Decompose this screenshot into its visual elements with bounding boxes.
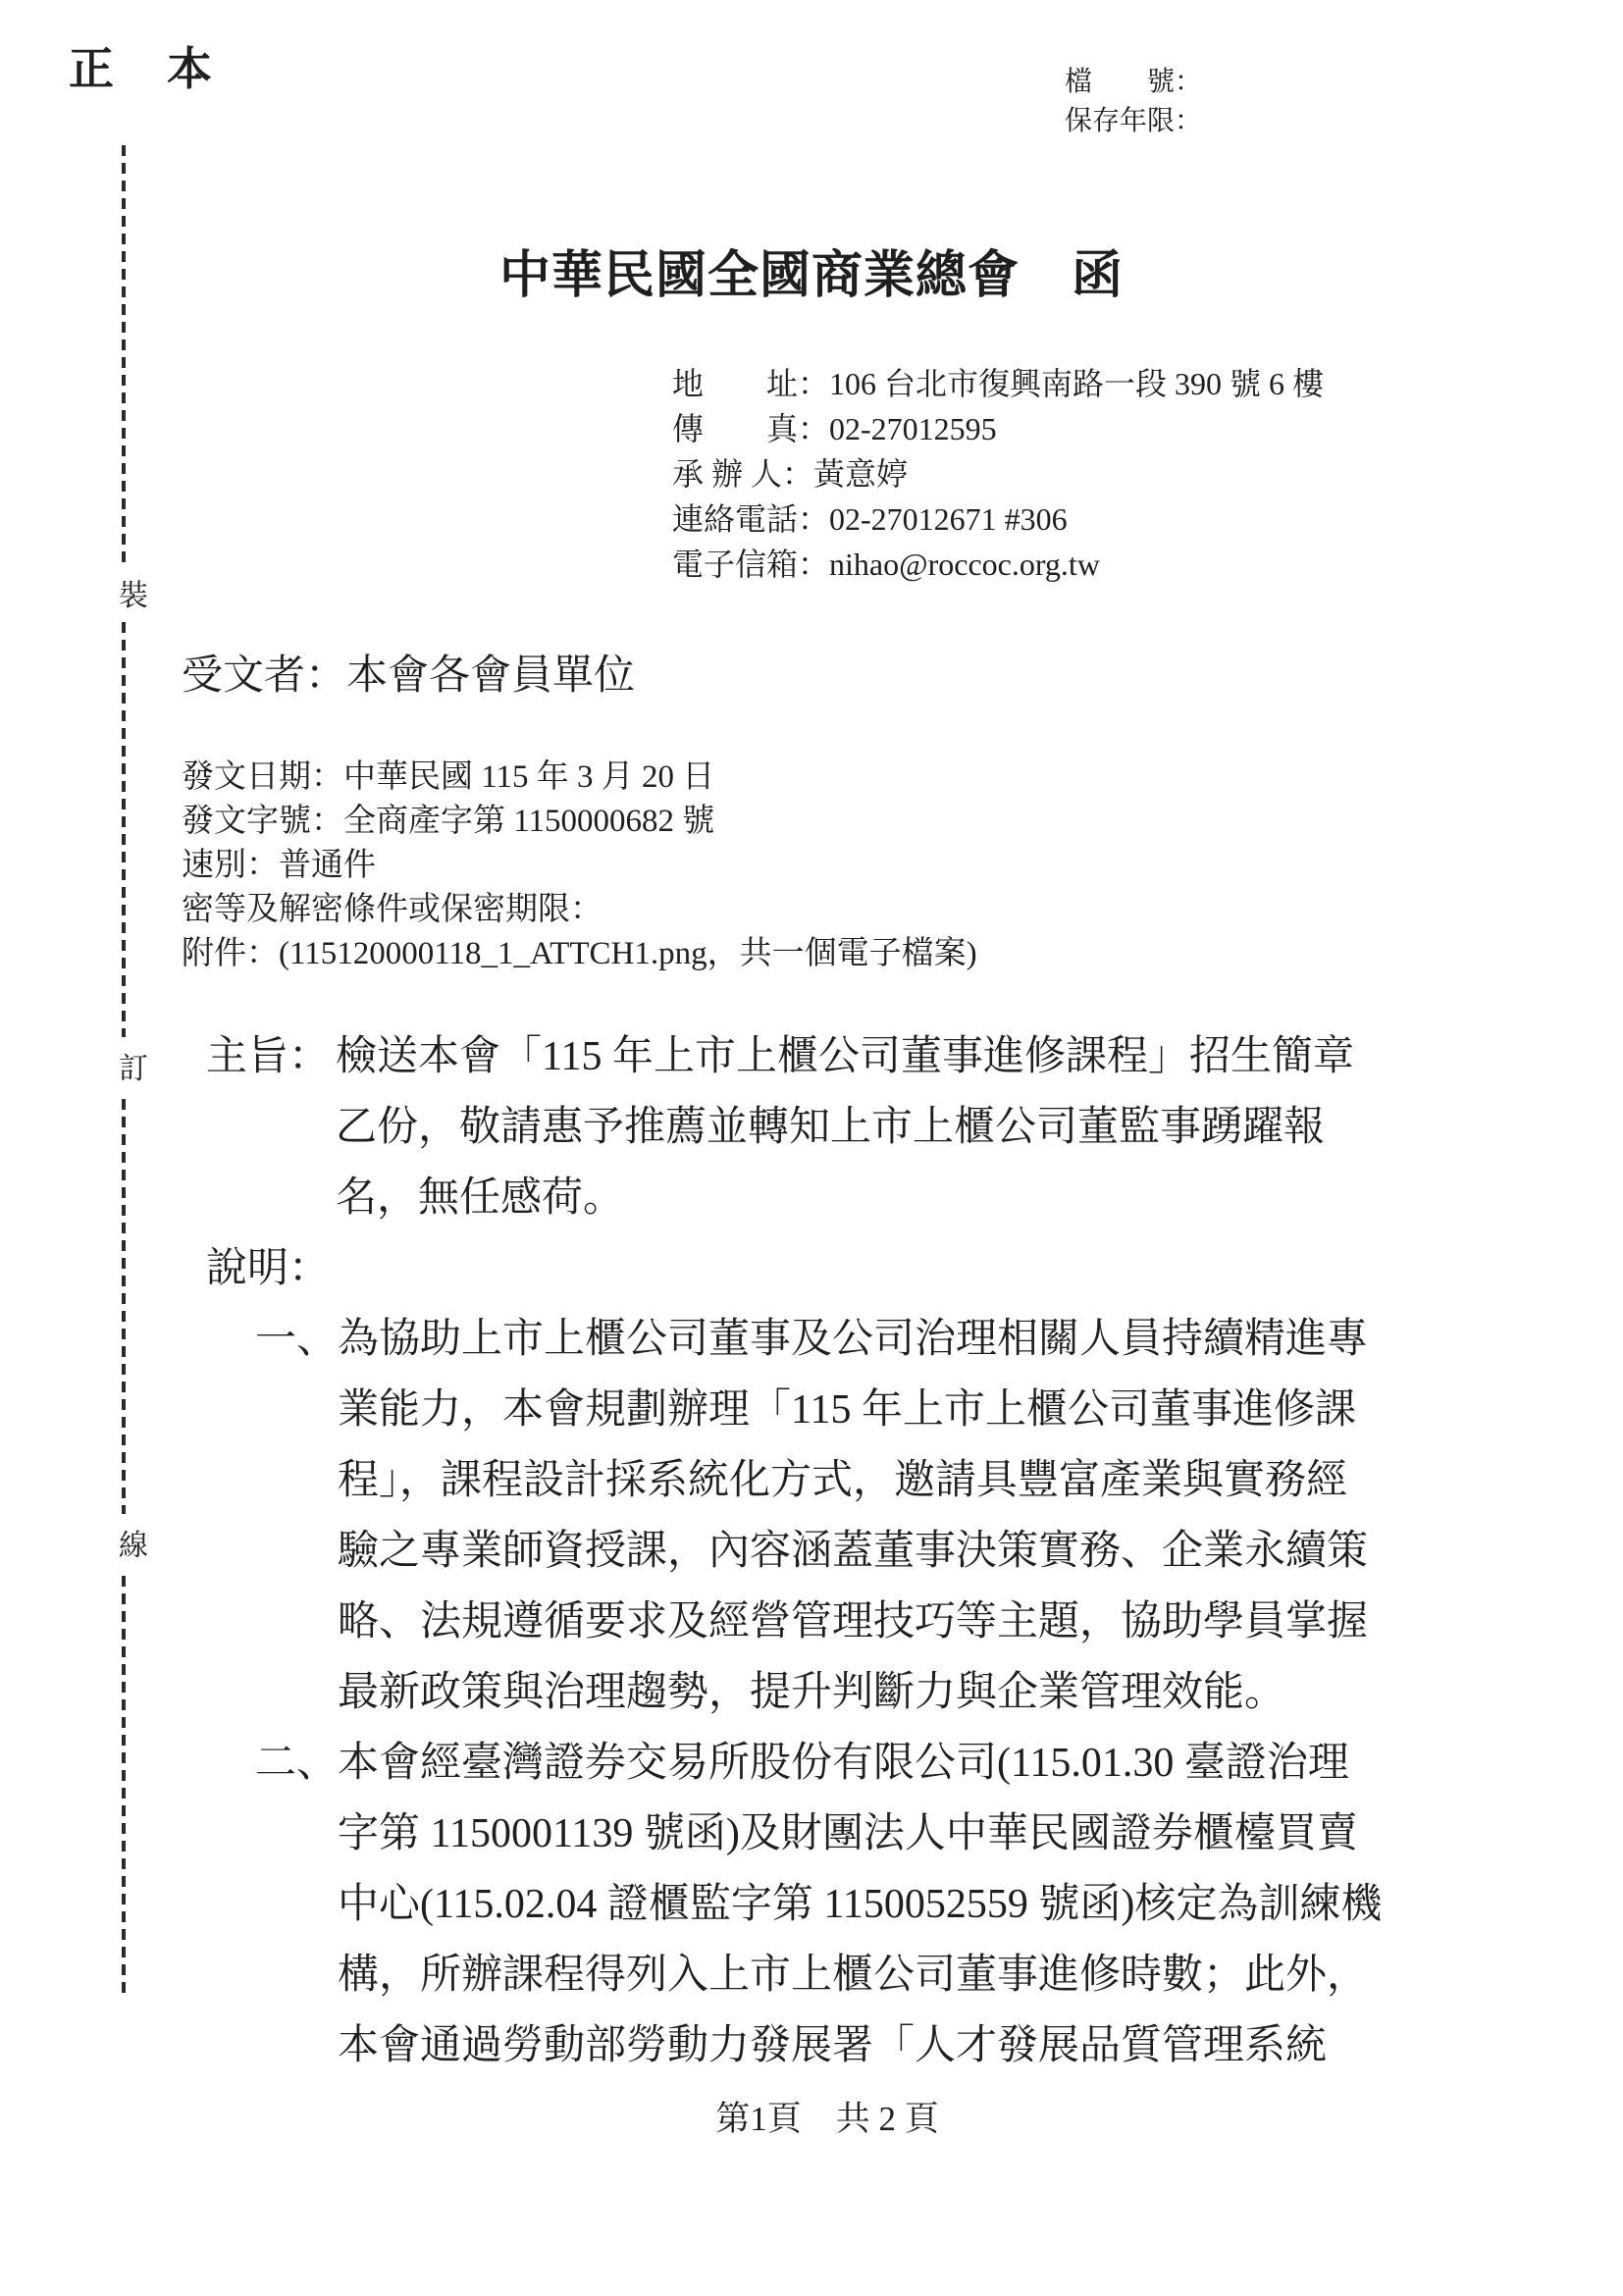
dispatch-metadata-block: 發文日期：中華民國 115 年 3 月 20 日 發文字號：全商產字第 1150… <box>182 756 977 976</box>
dispatch-date-row: 發文日期：中華民國 115 年 3 月 20 日 <box>182 756 977 800</box>
file-number-block: 檔 號： 保存年限： <box>1065 63 1202 141</box>
attachment-row: 附件：(115120000118_1_ATTCH1.png，共一個電子檔案) <box>182 932 977 976</box>
contact-person-value: 黃意婷 <box>813 456 908 492</box>
explanation-item-1-line-5: 略、法規遵循要求及經營管理技巧等主題，協助學員掌握 <box>206 1587 1382 1657</box>
explanation-item-2-line-1: 二、本會經臺灣證券交易所股份有限公司(115.01.30 臺證治理 <box>206 1728 1382 1799</box>
recipient-line: 受文者：本會各會員單位 <box>182 643 635 702</box>
official-letter-page: 正 本 檔 號： 保存年限： 中華民國全國商業總會 函 地 址：106 台北市復… <box>0 0 1623 2296</box>
file-number-label: 檔 號： <box>1065 63 1202 102</box>
email-label: 電子信箱： <box>672 542 829 587</box>
explanation-item-1-line-3: 程」，課程設計採系統化方式，邀請具豐富產業與實務經 <box>206 1445 1382 1516</box>
dispatch-number-row: 發文字號：全商產字第 1150000682 號 <box>182 800 977 844</box>
sender-phone-row: 連絡電話：02-27012671 #306 <box>672 496 1324 542</box>
page-number-footer: 第1頁 共 2 頁 <box>16 2092 1623 2141</box>
explanation-label: 說明： <box>206 1233 1382 1304</box>
speed-class-row: 速別：普通件 <box>182 844 977 888</box>
subject-line-1: 主旨：檢送本會「115 年上市上櫃公司董事進修課程」招生簡章 <box>206 1021 1382 1092</box>
address-value: 106 台北市復興南路一段 390 號 6 樓 <box>829 366 1324 401</box>
subject-line-3: 名，無任感荷。 <box>206 1163 1382 1233</box>
sender-contact-person-row: 承 辦 人：黃意婷 <box>672 451 1324 496</box>
fax-value: 02-27012595 <box>829 411 997 446</box>
copy-type-stamp: 正 本 <box>69 33 216 98</box>
retention-period-label: 保存年限： <box>1065 102 1202 141</box>
document-title: 中華民國全國商業總會 函 <box>0 234 1623 307</box>
sender-fax-row: 傳 真：02-27012595 <box>672 406 1324 451</box>
explanation-item-1-line-6: 最新政策與治理趨勢，提升判斷力與企業管理效能。 <box>206 1657 1382 1728</box>
explanation-item-1-line-1: 一、為協助上市上櫃公司董事及公司治理相關人員持續精進專 <box>206 1304 1382 1375</box>
subject-label: 主旨： <box>206 1021 336 1092</box>
sender-email-row: 電子信箱：nihao@roccoc.org.tw <box>672 542 1324 587</box>
contact-person-label: 承 辦 人： <box>672 451 813 496</box>
binding-mark-zhuang: 裝 <box>117 564 150 621</box>
letter-body: 主旨：檢送本會「115 年上市上櫃公司董事進修課程」招生簡章 乙份，敬請惠予推薦… <box>206 1021 1382 2081</box>
binding-mark-xian: 線 <box>117 1514 150 1571</box>
subject-line-2: 乙份，敬請惠予推薦並轉知上市上櫃公司董監事踴躍報 <box>206 1092 1382 1163</box>
phone-value: 02-27012671 #306 <box>829 501 1068 537</box>
security-class-row: 密等及解密條件或保密期限： <box>182 888 977 932</box>
explanation-item-2-line-5: 本會通過勞動部勞動力發展署「人才發展品質管理系統 <box>206 2010 1382 2081</box>
binding-mark-ding: 訂 <box>117 1037 150 1094</box>
sender-contact-block: 地 址：106 台北市復興南路一段 390 號 6 樓 傳 真：02-27012… <box>672 361 1324 587</box>
recipient-value: 本會各會員單位 <box>346 653 635 699</box>
explanation-item-1-line-2: 業能力，本會規劃辦理「115 年上市上櫃公司董事進修課 <box>206 1375 1382 1445</box>
explanation-item-1-line-4: 驗之專業師資授課，內容涵蓋董事決策實務、企業永續策 <box>206 1516 1382 1587</box>
explanation-item-2-line-3: 中心(115.02.04 證櫃監字第 1150052559 號函)核定為訓練機 <box>206 1869 1382 1940</box>
item-1-marker: 一、 <box>255 1304 338 1375</box>
fax-label: 傳 真： <box>672 406 829 451</box>
sender-address-row: 地 址：106 台北市復興南路一段 390 號 6 樓 <box>672 361 1324 406</box>
email-value: nihao@roccoc.org.tw <box>829 547 1100 582</box>
explanation-item-2-line-2: 字第 1150001139 號函)及財團法人中華民國證券櫃檯買賣 <box>206 1799 1382 1869</box>
item-2-marker: 二、 <box>255 1728 338 1799</box>
recipient-label: 受文者： <box>182 653 346 699</box>
phone-label: 連絡電話： <box>672 496 829 542</box>
address-label: 地 址： <box>672 361 829 406</box>
explanation-item-2-line-4: 構，所辦課程得列入上市上櫃公司董事進修時數；此外， <box>206 1940 1382 2010</box>
